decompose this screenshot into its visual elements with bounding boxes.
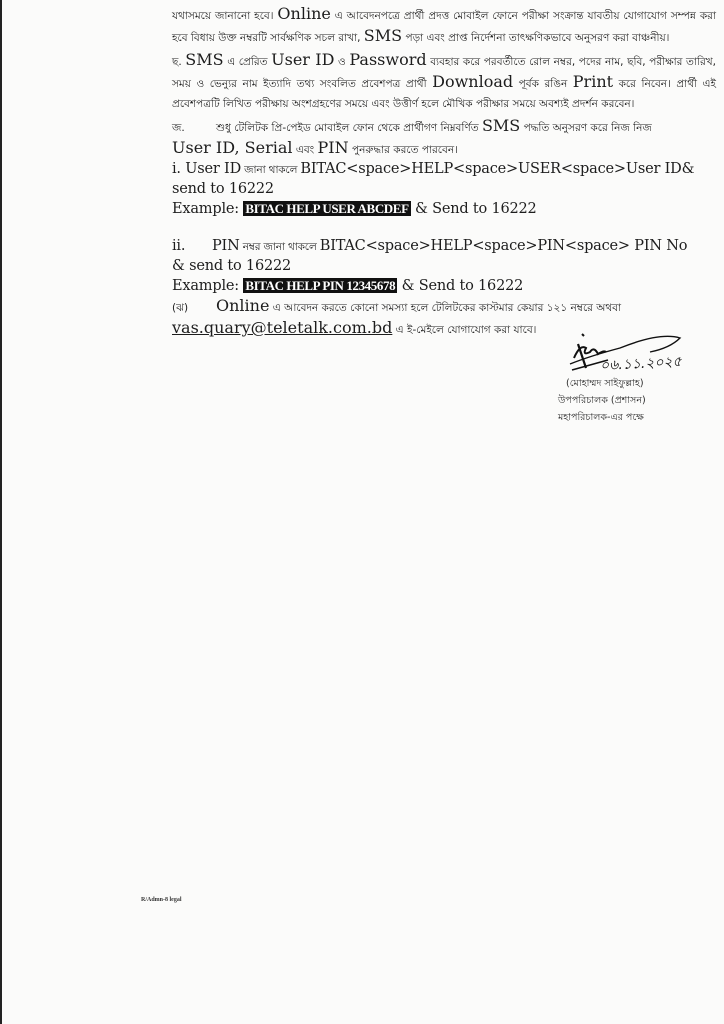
example-code-highlight: BITAC HELP USER ABCDEF	[243, 201, 410, 216]
item-ii-example: Example: BITAC HELP PIN 12345678 & Send …	[172, 276, 716, 296]
scan-page-edge	[0, 0, 2, 1024]
download-term: Download	[432, 72, 513, 91]
jha2-text-1: এ আবেদন করতে কোনো সমস্যা হলে টেলিটকের কা…	[269, 302, 621, 314]
paragraph-jha: জ.শুধু টেলিটক প্রি-পেইড মোবাইল ফোন থেকে …	[172, 116, 716, 160]
sms-command: BITAC<space>HELP<space>PIN<space> PIN No	[320, 238, 688, 254]
item-ii-send-line: & send to 16222	[172, 257, 716, 276]
example-label: Example:	[172, 278, 243, 294]
item-i-example: Example: BITAC HELP USER ABCDEF & Send t…	[172, 199, 716, 219]
userid-serial-term: User ID, Serial	[172, 138, 293, 157]
signatory-name: (মোহাম্মদ সাইফুল্লাহ)	[558, 375, 718, 392]
userid-term: User ID	[185, 161, 241, 177]
chha-text-1: এ প্রেরিত	[224, 56, 272, 68]
example-code-highlight: BITAC HELP PIN 12345678	[243, 278, 397, 293]
footer-reference: R/Admn-8 legal	[141, 897, 182, 903]
document-body: যথাসময়ে জানানো হবে। Online এ আবেদনপত্রে…	[172, 4, 716, 340]
chha-text-4: পূর্বক রঙিন	[513, 78, 573, 90]
item-ii-bn-text: নম্বর জানা থাকলে	[240, 241, 320, 253]
userid-term: User ID	[271, 50, 334, 69]
signature: ০৬.১১.২০২৫	[560, 326, 690, 376]
paragraph-chha: ছ. SMS এ প্রেরিত User ID ও Password ব্যব…	[172, 50, 716, 114]
chha-text-2: ও	[334, 56, 349, 68]
item-marker: ii.	[172, 237, 212, 256]
item-i: i. User ID জানা থাকলে BITAC<space>HELP<s…	[172, 160, 716, 219]
sms-term: SMS	[482, 116, 520, 135]
online-term: Online	[216, 296, 269, 315]
sms-command: BITAC<space>HELP<space>USER<space>User I…	[300, 161, 694, 177]
item-i-command-line: i. User ID জানা থাকলে BITAC<space>HELP<s…	[172, 160, 716, 180]
example-tail: & Send to 16222	[411, 201, 537, 217]
jha-text-3: এবং	[293, 144, 318, 156]
example-label: Example:	[172, 201, 243, 217]
signatory-block: (মোহাম্মদ সাইফুল্লাহ) উপপরিচালক (প্রশাসন…	[558, 375, 718, 426]
clause-marker: (ঝ)	[172, 298, 216, 318]
example-tail: & Send to 16222	[397, 278, 523, 294]
sms-term: SMS	[185, 50, 223, 69]
item-i-send-line: send to 16222	[172, 180, 716, 199]
signatory-designation: উপপরিচালক (প্রশাসন)	[558, 392, 718, 409]
jha-text-2: পদ্ধতি অনুসরণ করে নিজ নিজ	[520, 122, 652, 134]
pin-term: PIN	[318, 138, 349, 157]
item-ii: ii.PIN নম্বর জানা থাকলে BITAC<space>HELP…	[172, 237, 716, 296]
item-marker: i.	[172, 161, 185, 177]
sms-term: SMS	[364, 26, 402, 45]
item-ii-command-line: ii.PIN নম্বর জানা থাকলে BITAC<space>HELP…	[172, 237, 716, 257]
jha2-text-2: এ ই-মেইলে যোগাযোগ করা যাবে।	[392, 324, 536, 336]
signatory-on-behalf: মহাপরিচালক-এর পক্ষে	[558, 409, 718, 426]
clause-marker: ছ.	[172, 56, 185, 68]
intro-text-3: পড়া এবং প্রাপ্ত নির্দেশনা তাৎক্ষণিকভাবে…	[402, 32, 669, 44]
password-term: Password	[349, 50, 426, 69]
print-term: Print	[573, 72, 613, 91]
clause-marker: জ.	[172, 118, 216, 138]
pin-term: PIN	[212, 238, 240, 254]
jha-text-1: শুধু টেলিটক প্রি-পেইড মোবাইল ফোন থেকে প্…	[216, 122, 482, 134]
signature-date: ০৬.১১.২০২৫	[599, 350, 682, 378]
online-term: Online	[277, 4, 330, 23]
item-i-bn-text: জানা থাকলে	[241, 164, 300, 176]
paragraph-intro: যথাসময়ে জানানো হবে। Online এ আবেদনপত্রে…	[172, 4, 716, 48]
intro-text: যথাসময়ে জানানো হবে।	[172, 10, 277, 22]
jha-text-4: পুনরুদ্ধার করতে পারবেন।	[349, 144, 458, 156]
support-email-link[interactable]: vas.quary@teletalk.com.bd	[172, 318, 392, 337]
